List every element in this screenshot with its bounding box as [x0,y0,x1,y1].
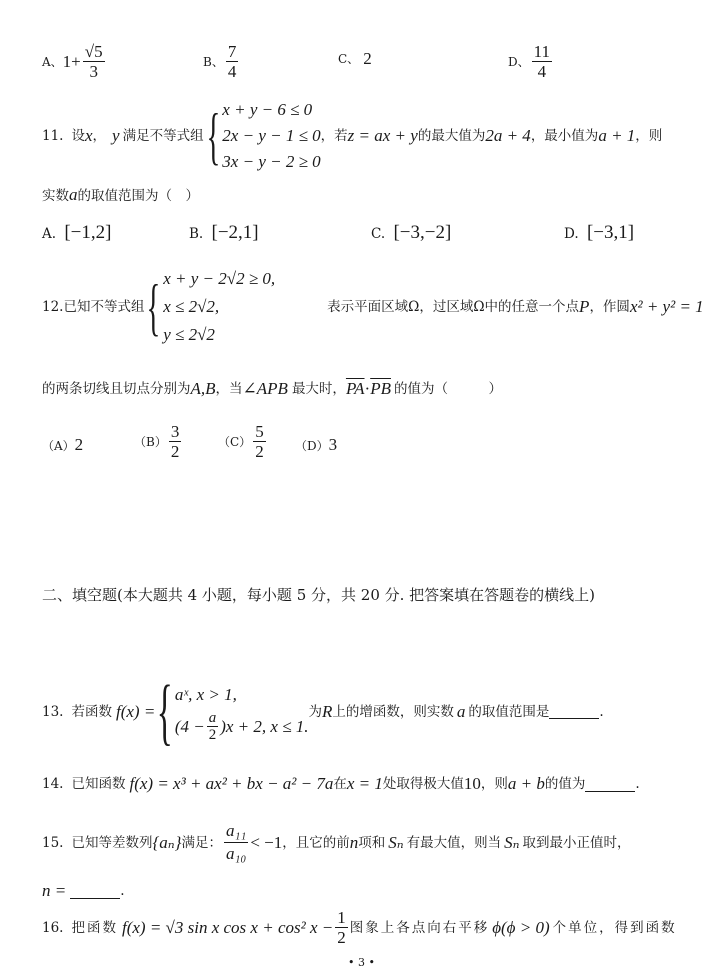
fraction: 74 [226,42,239,81]
q12-option-c: （C） 52 [218,422,268,461]
question-13: 13. 若函数 f(x) = { aˣ, x > 1, (4 − a2 )x +… [42,680,604,743]
question-14: 14. 已知函数 f(x) = x³ + ax² + bx − a² − 7a … [42,775,640,793]
question-number: 13. [42,703,63,721]
q10-option-a: A、 1+ √53 [42,42,107,81]
page-number: • 3 • [348,956,375,969]
q10-option-d: D、 114 [508,42,554,81]
q11-option-a: A. [−1,2] [42,224,111,243]
q12-option-b: （B） 32 [134,422,183,461]
q11-option-d: D. [−3,1] [564,224,634,243]
fraction: 32 [169,422,182,461]
fraction: 12 [335,908,348,947]
q12-option-d: （D）3 [295,436,337,455]
fraction: 114 [532,42,552,81]
question-number: 15. [42,834,63,852]
q10-option-c: C、 2 [338,50,372,68]
q11-option-c: C. [−3,−2] [371,224,451,243]
question-15-line2: n = . [42,882,125,900]
inequality-system: { x + y − 2√2 ≥ 0, x ≤ 2√2, y ≤ 2√2 [144,265,275,349]
question-number: 11. [42,127,63,145]
answer-blank[interactable] [549,704,599,719]
q10-option-b: B、 74 [203,42,240,81]
vector-pa: PA [346,380,365,398]
q12-option-a: （A）2 [42,436,83,455]
question-16: 16. 把函数 f(x) = √3 sin x cos x + cos² x −… [42,908,677,947]
answer-blank[interactable] [70,884,120,899]
question-12-line2: 的两条切线且切点分别为 A,B ，当 ∠APB 最大时， PA · PB 的值为… [42,380,502,398]
question-number: 16. [42,919,63,937]
question-11: 11. 设 x ， y 满足不等式组 { x + y − 6 ≤ 0 2x − … [42,97,662,175]
fraction: √53 [83,42,105,81]
fraction: 52 [253,422,266,461]
question-number: 12. [42,298,63,316]
piecewise-function: { aˣ, x > 1, (4 − a2 )x + 2, x ≤ 1. [155,680,308,743]
option-label: A、 [42,53,63,71]
left-brace: { [157,703,173,721]
question-15: 15. 已知等差数列 {aₙ} 满足： a₁₁a₁₀ < −1 ，且它的前 n … [42,820,631,865]
question-11-line2: 实数a的取值范围为（ ） [42,186,199,205]
question-number: 14. [42,775,63,793]
vector-pb: PB [370,380,391,398]
fraction: a₁₁a₁₀ [224,820,248,865]
q11-option-b: B. [−2,1] [189,224,259,243]
left-brace: { [206,127,220,145]
answer-blank[interactable] [585,777,635,792]
left-brace: { [147,298,161,316]
section-title: 二、填空题(本大题共 4 小题，每小题 5 分，共 20 分. 把答案填在答题卷… [42,584,595,605]
inequality-system: { x + y − 6 ≤ 0 2x − y − 1 ≤ 0 3x − y − … [204,97,321,175]
question-12: 12. 已知不等式组 { x + y − 2√2 ≥ 0, x ≤ 2√2, y… [42,265,704,349]
